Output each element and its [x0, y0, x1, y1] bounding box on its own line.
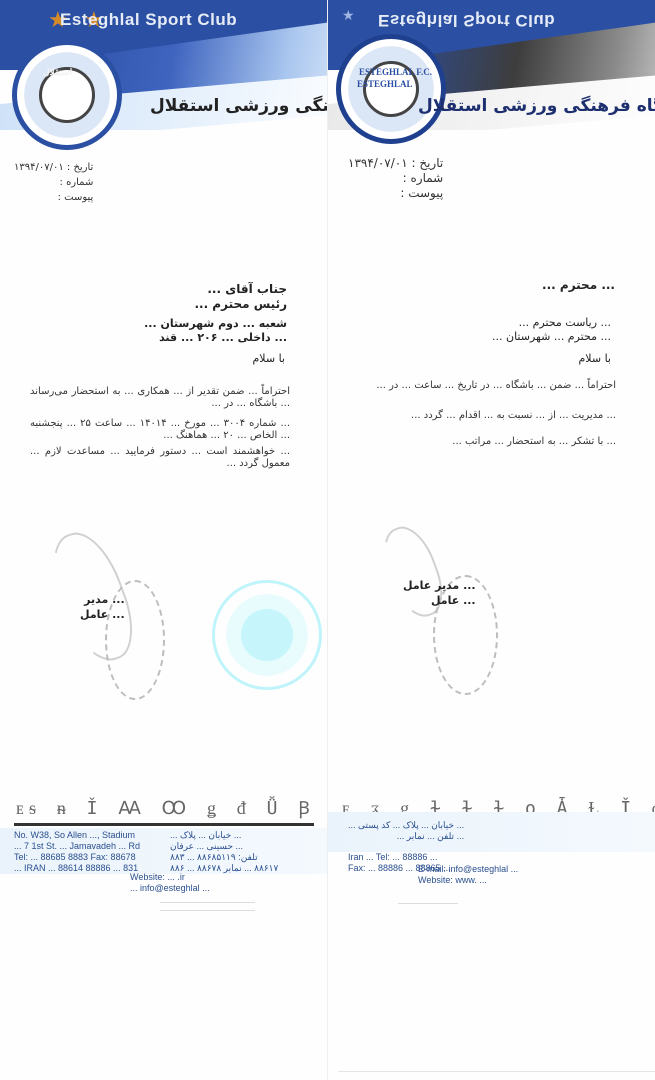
- number-label: شماره :: [348, 171, 443, 186]
- footer-rule: [14, 823, 314, 826]
- subject-line: شعبه ... دوم شهرستان ...: [144, 317, 287, 331]
- signer-line: ... مدیر: [80, 592, 125, 607]
- address-line: تلفن: ۸۸۶۸۵۱۱۹ ... ۸۸۳: [170, 852, 278, 863]
- address-line: ... تلفن ... نمابر ...: [348, 831, 464, 842]
- website-link[interactable]: Website: ... .ir: [130, 872, 210, 883]
- star-icon: ★: [342, 8, 355, 24]
- address-line: ... خیابان ... پلاک ...: [170, 830, 278, 841]
- address-line: Iran ... Tel: ... 88886 ...: [348, 852, 451, 863]
- body-paragraph: ... خواهشمند است ... دستور فرمایید ... م…: [30, 446, 290, 470]
- email-link[interactable]: ... info@esteghlal ...: [130, 883, 210, 894]
- subject-line: ... محترم ... شهرستان ...: [492, 330, 611, 344]
- addressee-line: جناب آقای ...: [194, 282, 287, 297]
- address-line: No. W38, So Allen ..., Stadium: [14, 830, 140, 841]
- subject-line: ... داخلی ... ۲۰۶ ... قند: [144, 331, 287, 345]
- scan-line: [160, 910, 255, 911]
- right-page: ★ Esteghlal Sport Club ESTEGHLAL F.C. ES…: [327, 0, 655, 1080]
- date-label: تاریخ : ۱۳۹۴/۰۷/۰۱: [348, 156, 443, 171]
- date-label: تاریخ : ۱۳۹۴/۰۷/۰۱: [14, 160, 93, 175]
- club-logo: ESTEGHLAL F.C. ESTEGHLAL: [336, 34, 446, 144]
- addressee-line: رئیس محترم ...: [194, 297, 287, 312]
- banner-title: Esteghlal Sport Club: [378, 10, 555, 30]
- left-page: ★ ★ Esteghlal Sport Club استقلال باشگاه …: [0, 0, 327, 1080]
- addressee: ... محترم ...: [542, 278, 615, 293]
- website-link[interactable]: Website: www. ...: [418, 875, 518, 886]
- banner-title: Esteghlal Sport Club: [60, 10, 237, 30]
- salutation: با سلام: [252, 352, 285, 365]
- subject-line: ... ریاست محترم ...: [492, 316, 611, 330]
- signer-line: ... عامل: [403, 593, 476, 608]
- footer-address-fa: ... خیابان ... پلاک ... ... حسینی ... عر…: [170, 830, 278, 874]
- body-paragraph: احتراماً ... ضمن ... باشگاه ... در تاریخ…: [368, 380, 616, 392]
- scan-line: [160, 902, 255, 903]
- letter-meta: تاریخ : ۱۳۹۴/۰۷/۰۱ شماره : پیوست :: [14, 160, 93, 205]
- attachment-label: پیوست :: [348, 186, 443, 201]
- letter-meta: تاریخ : ۱۳۹۴/۰۷/۰۱ شماره : پیوست :: [348, 156, 443, 201]
- salutation: با سلام: [578, 352, 611, 365]
- subject: ... ریاست محترم ... ... محترم ... شهرستا…: [492, 316, 611, 344]
- email-link[interactable]: E-mail: info@esteghlal ...: [418, 864, 518, 875]
- footer-web: E-mail: info@esteghlal ... Website: www.…: [418, 864, 518, 886]
- footer-address-en: No. W38, So Allen ..., Stadium ... 7 1st…: [14, 830, 140, 874]
- number-label: شماره :: [14, 175, 93, 190]
- club-seal: [212, 580, 322, 690]
- addressee: جناب آقای ... رئیس محترم ...: [194, 282, 287, 312]
- scan-line: [398, 903, 458, 904]
- address-line: ... 7 1st St. ... Jamavadeh ... Rd: [14, 841, 140, 852]
- subject: شعبه ... دوم شهرستان ... ... داخلی ... ۲…: [144, 317, 287, 345]
- signer-line: ... عامل: [80, 607, 125, 622]
- address-line: ... حسینی ... عرفان: [170, 841, 278, 852]
- footer-web: Website: ... .ir ... info@esteghlal ...: [130, 872, 210, 894]
- logo-text: ESTEGHLAL F.C.: [359, 67, 432, 77]
- signer-title: ... مدیر عامل ... عامل: [403, 578, 476, 608]
- addressee-line: ... محترم ...: [542, 278, 615, 293]
- logo-text: استقلال: [43, 67, 72, 78]
- logo-text: ESTEGHLAL: [357, 79, 413, 89]
- address-line: ... IRAN ... 88614 88886 ... 831: [14, 863, 140, 874]
- body-paragraph: احتراماً ... ضمن تقدیر از ... همکاری ...…: [30, 386, 290, 410]
- signer-title: ... مدیر ... عامل: [80, 592, 125, 622]
- club-name: باشگاه فرهنگی ورزشی استقلال: [418, 96, 655, 116]
- signer-line: ... مدیر عامل: [403, 578, 476, 593]
- body-paragraph: ... شماره ۳۰۰۴ ... مورخ ... ۱۴۰۱۴ ... سا…: [30, 418, 290, 442]
- footer-address-fa: ... خیابان ... پلاک ... کد پستی ... ... …: [348, 820, 464, 842]
- club-logo: استقلال: [12, 40, 122, 150]
- body-paragraph: ... با تشکر ... به استحضار ... مراتب ...: [368, 436, 616, 448]
- club-name: باشگاه فرهنگی ورزشی استقلال: [150, 96, 327, 116]
- footer-ornament: ᴇᵴ ᵰ Ǐ Ꜳ Ꝏ ǥ ᵭ Ǚ Ꞵ ᵹ: [16, 796, 327, 820]
- attachment-label: پیوست :: [14, 190, 93, 205]
- address-line: Tel: ... 88685 8883 Fax: 88678: [14, 852, 140, 863]
- body-paragraph: ... مدیریت ... از ... نسبت به ... اقدام …: [368, 410, 616, 422]
- scan-edge: [338, 1071, 655, 1072]
- address-line: ... خیابان ... پلاک ... کد پستی ...: [348, 820, 464, 831]
